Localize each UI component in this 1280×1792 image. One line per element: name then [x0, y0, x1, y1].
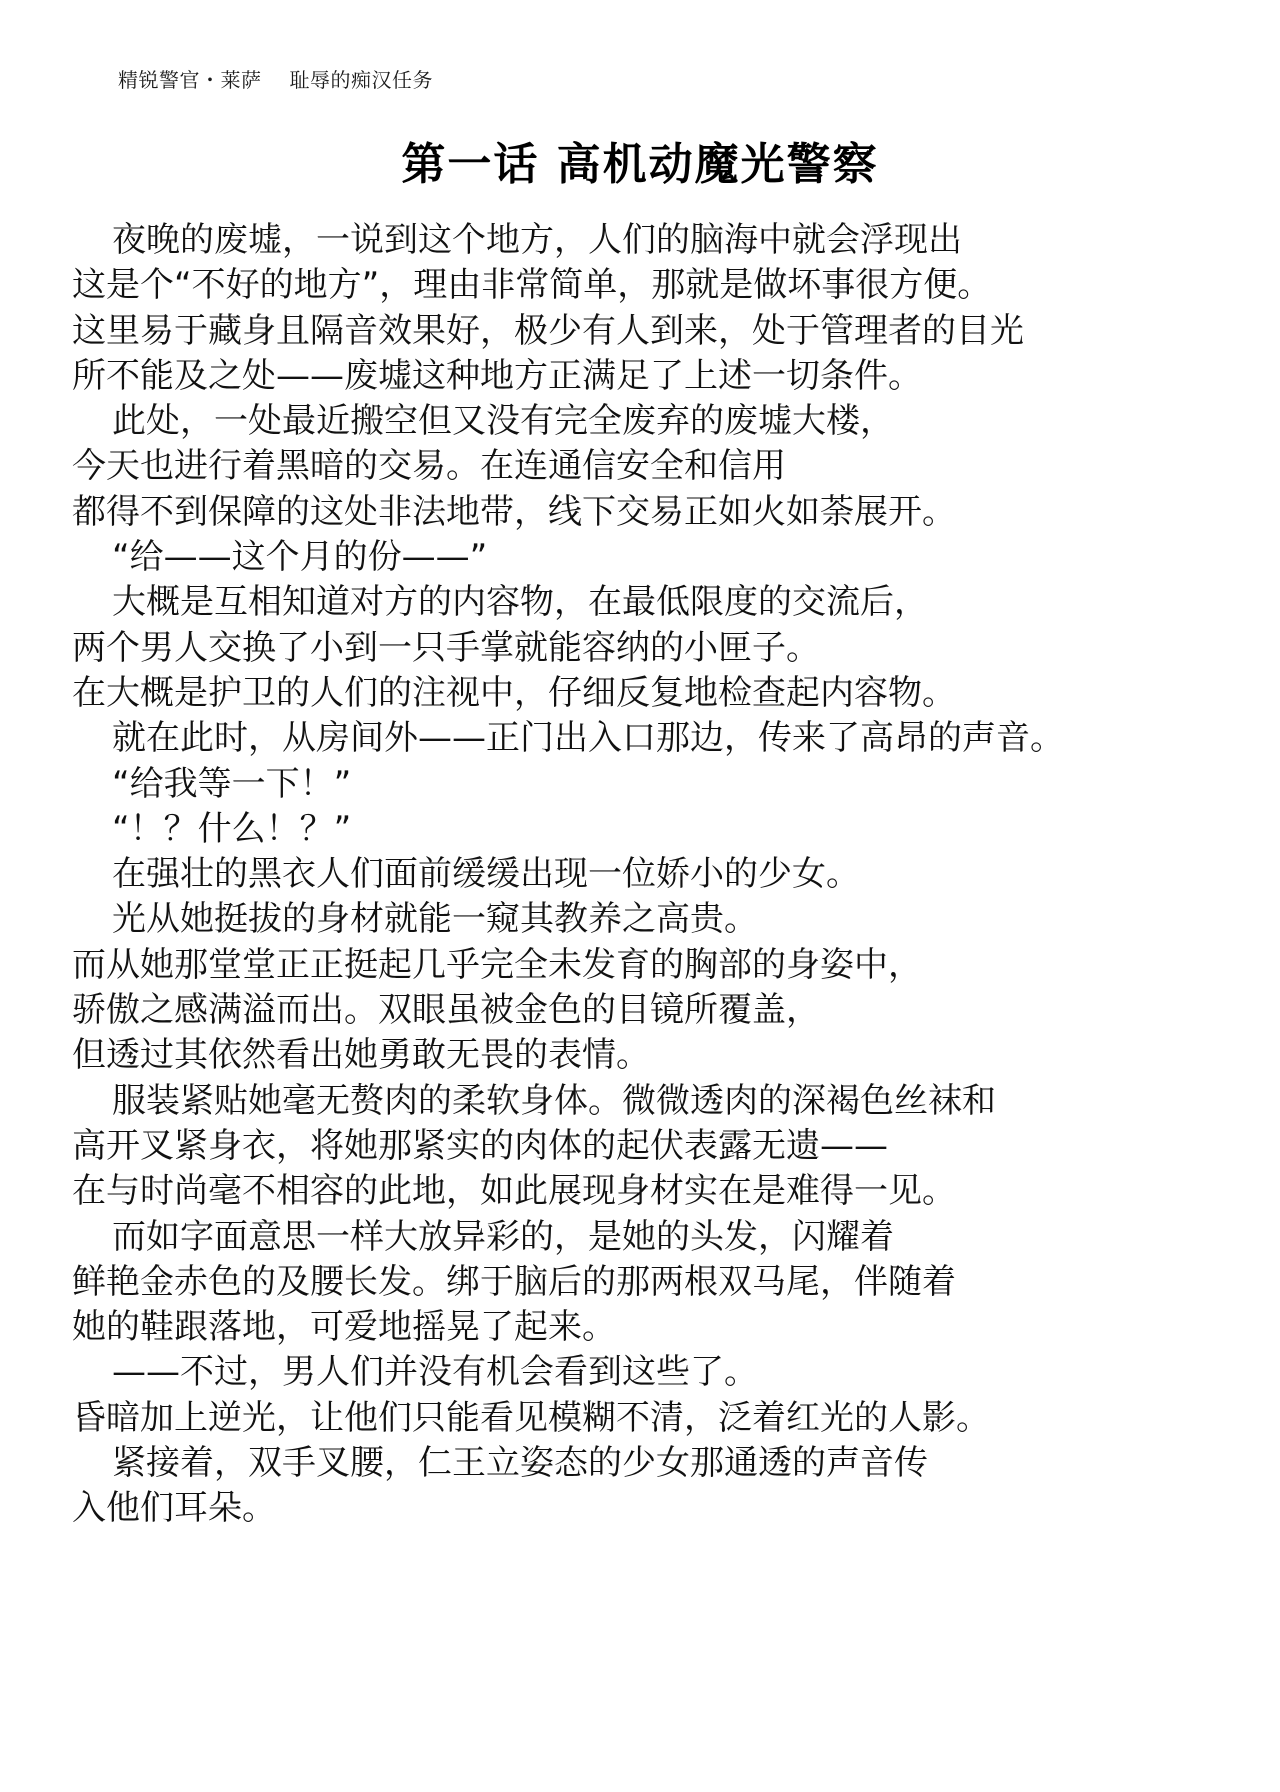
text-line: 大概是互相知道对方的内容物，在最低限度的交流后，	[72, 580, 1272, 625]
body-text: 夜晚的废墟，一说到这个地方，人们的脑海中就会浮现出 这是个“不好的地方”，理由非…	[72, 218, 1272, 1532]
text-line: 她的鞋跟落地，可爱地摇晃了起来。	[72, 1305, 1272, 1350]
book-subtitle: 耻辱的痴汉任务	[290, 68, 434, 92]
text-line: 而如字面意思一样大放异彩的，是她的头发，闪耀着	[72, 1215, 1272, 1260]
text-line: 此处，一处最近搬空但又没有完全废弃的废墟大楼，	[72, 399, 1272, 444]
text-line: 所不能及之处——废墟这种地方正满足了上述一切条件。	[72, 354, 1272, 399]
text-line: 服装紧贴她毫无赘肉的柔软身体。微微透肉的深褐色丝袜和	[72, 1079, 1272, 1124]
text-line: 两个男人交换了小到一只手掌就能容纳的小匣子。	[72, 626, 1272, 671]
running-header: 精锐警官・莱萨耻辱的痴汉任务	[118, 64, 433, 93]
text-line: 紧接着，双手叉腰，仁王立姿态的少女那通透的声音传	[72, 1441, 1272, 1486]
text-line: 光从她挺拔的身材就能一窥其教养之高贵。	[72, 897, 1272, 942]
text-line: 这是个“不好的地方”，理由非常简单，那就是做坏事很方便。	[72, 263, 1272, 308]
text-line: “给——这个月的份——”	[72, 535, 1272, 580]
text-line: 而从她那堂堂正正挺起几乎完全未发育的胸部的身姿中，	[72, 943, 1272, 988]
text-line: 夜晚的废墟，一说到这个地方，人们的脑海中就会浮现出	[72, 218, 1272, 263]
text-line: 入他们耳朵。	[72, 1486, 1272, 1531]
text-line: ——不过，男人们并没有机会看到这些了。	[72, 1350, 1272, 1395]
text-line: 但透过其依然看出她勇敢无畏的表情。	[72, 1033, 1272, 1078]
text-line: 在强壮的黑衣人们面前缓缓出现一位娇小的少女。	[72, 852, 1272, 897]
book-title: 精锐警官・莱萨	[118, 68, 262, 92]
text-line: 高开叉紧身衣，将她那紧实的肉体的起伏表露无遗——	[72, 1124, 1272, 1169]
chapter-title: 第一话 高机动魔光警察	[0, 128, 1280, 192]
text-line: “给我等一下！”	[72, 762, 1272, 807]
text-line: 鲜艳金赤色的及腰长发。绑于脑后的那两根双马尾，伴随着	[72, 1260, 1272, 1305]
text-line: 昏暗加上逆光，让他们只能看见模糊不清，泛着红光的人影。	[72, 1396, 1272, 1441]
text-line: 都得不到保障的这处非法地带，线下交易正如火如荼展开。	[72, 490, 1272, 535]
text-line: 骄傲之感满溢而出。双眼虽被金色的目镜所覆盖，	[72, 988, 1272, 1033]
text-line: 就在此时，从房间外——正门出入口那边，传来了高昂的声音。	[72, 716, 1272, 761]
text-line: “！？什么！？”	[72, 807, 1272, 852]
text-line: 在大概是护卫的人们的注视中，仔细反复地检查起内容物。	[72, 671, 1272, 716]
text-line: 今天也进行着黑暗的交易。在连通信安全和信用	[72, 444, 1272, 489]
text-line: 这里易于藏身且隔音效果好，极少有人到来，处于管理者的目光	[72, 309, 1272, 354]
text-line: 在与时尚毫不相容的此地，如此展现身材实在是难得一见。	[72, 1169, 1272, 1214]
